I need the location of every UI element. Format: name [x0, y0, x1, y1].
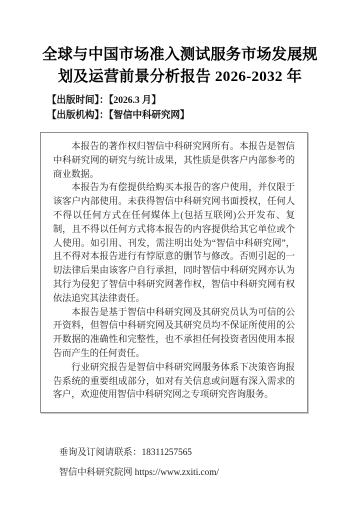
publisher-value: 【智信中科研究网】	[109, 111, 190, 121]
report-cover-page: 全球与中国市场准入测试服务市场发展规划及运营前景分析报告 2026-2032 年…	[0, 0, 360, 509]
contact-block: 垂询及订阅请联系：18311257565 智信中科研究院网 https://ww…	[53, 442, 295, 482]
disclaimer-paragraph: 本报告的著作权归智信中科研究网所有。本报告是智信中科研究网的研究与统计成果，其性…	[53, 140, 295, 181]
publisher-line: 【出版机构】：【智信中科研究网】	[47, 109, 190, 124]
report-title: 全球与中国市场准入测试服务市场发展规划及运营前景分析报告 2026-2032 年	[40, 44, 320, 88]
disclaimer-paragraph: 本报告是基于智信中科研究网及其研究员认为可信的公开资料，但智信中科研究网及其研究…	[53, 306, 295, 361]
contact-website-line: 智信中科研究院网 https://www.zxiti.com/	[59, 462, 295, 482]
publish-time-line: 【出版时间】：【2026.3 月】	[47, 94, 190, 109]
disclaimer-box: 本报告的著作权归智信中科研究网所有。本报告是智信中科研究网的研究与统计成果，其性…	[40, 132, 308, 413]
publication-meta: 【出版时间】：【2026.3 月】 【出版机构】：【智信中科研究网】	[47, 94, 190, 124]
publish-time-label: 【出版时间】：	[47, 96, 109, 106]
disclaimer-paragraph: 本报告为有偿提供给购买本报告的客户使用，并仅限于该客户内部使用。未获得智信中科研…	[53, 181, 295, 305]
contact-phone-line: 垂询及订阅请联系：18311257565	[59, 442, 295, 462]
disclaimer-paragraph: 行业研究报告是智信中科研究网服务体系下决策咨询报告系统的重要组成部分，如对有关信…	[53, 361, 295, 402]
publisher-label: 【出版机构】：	[47, 111, 109, 121]
publish-time-value: 【2026.3 月】	[109, 96, 161, 106]
